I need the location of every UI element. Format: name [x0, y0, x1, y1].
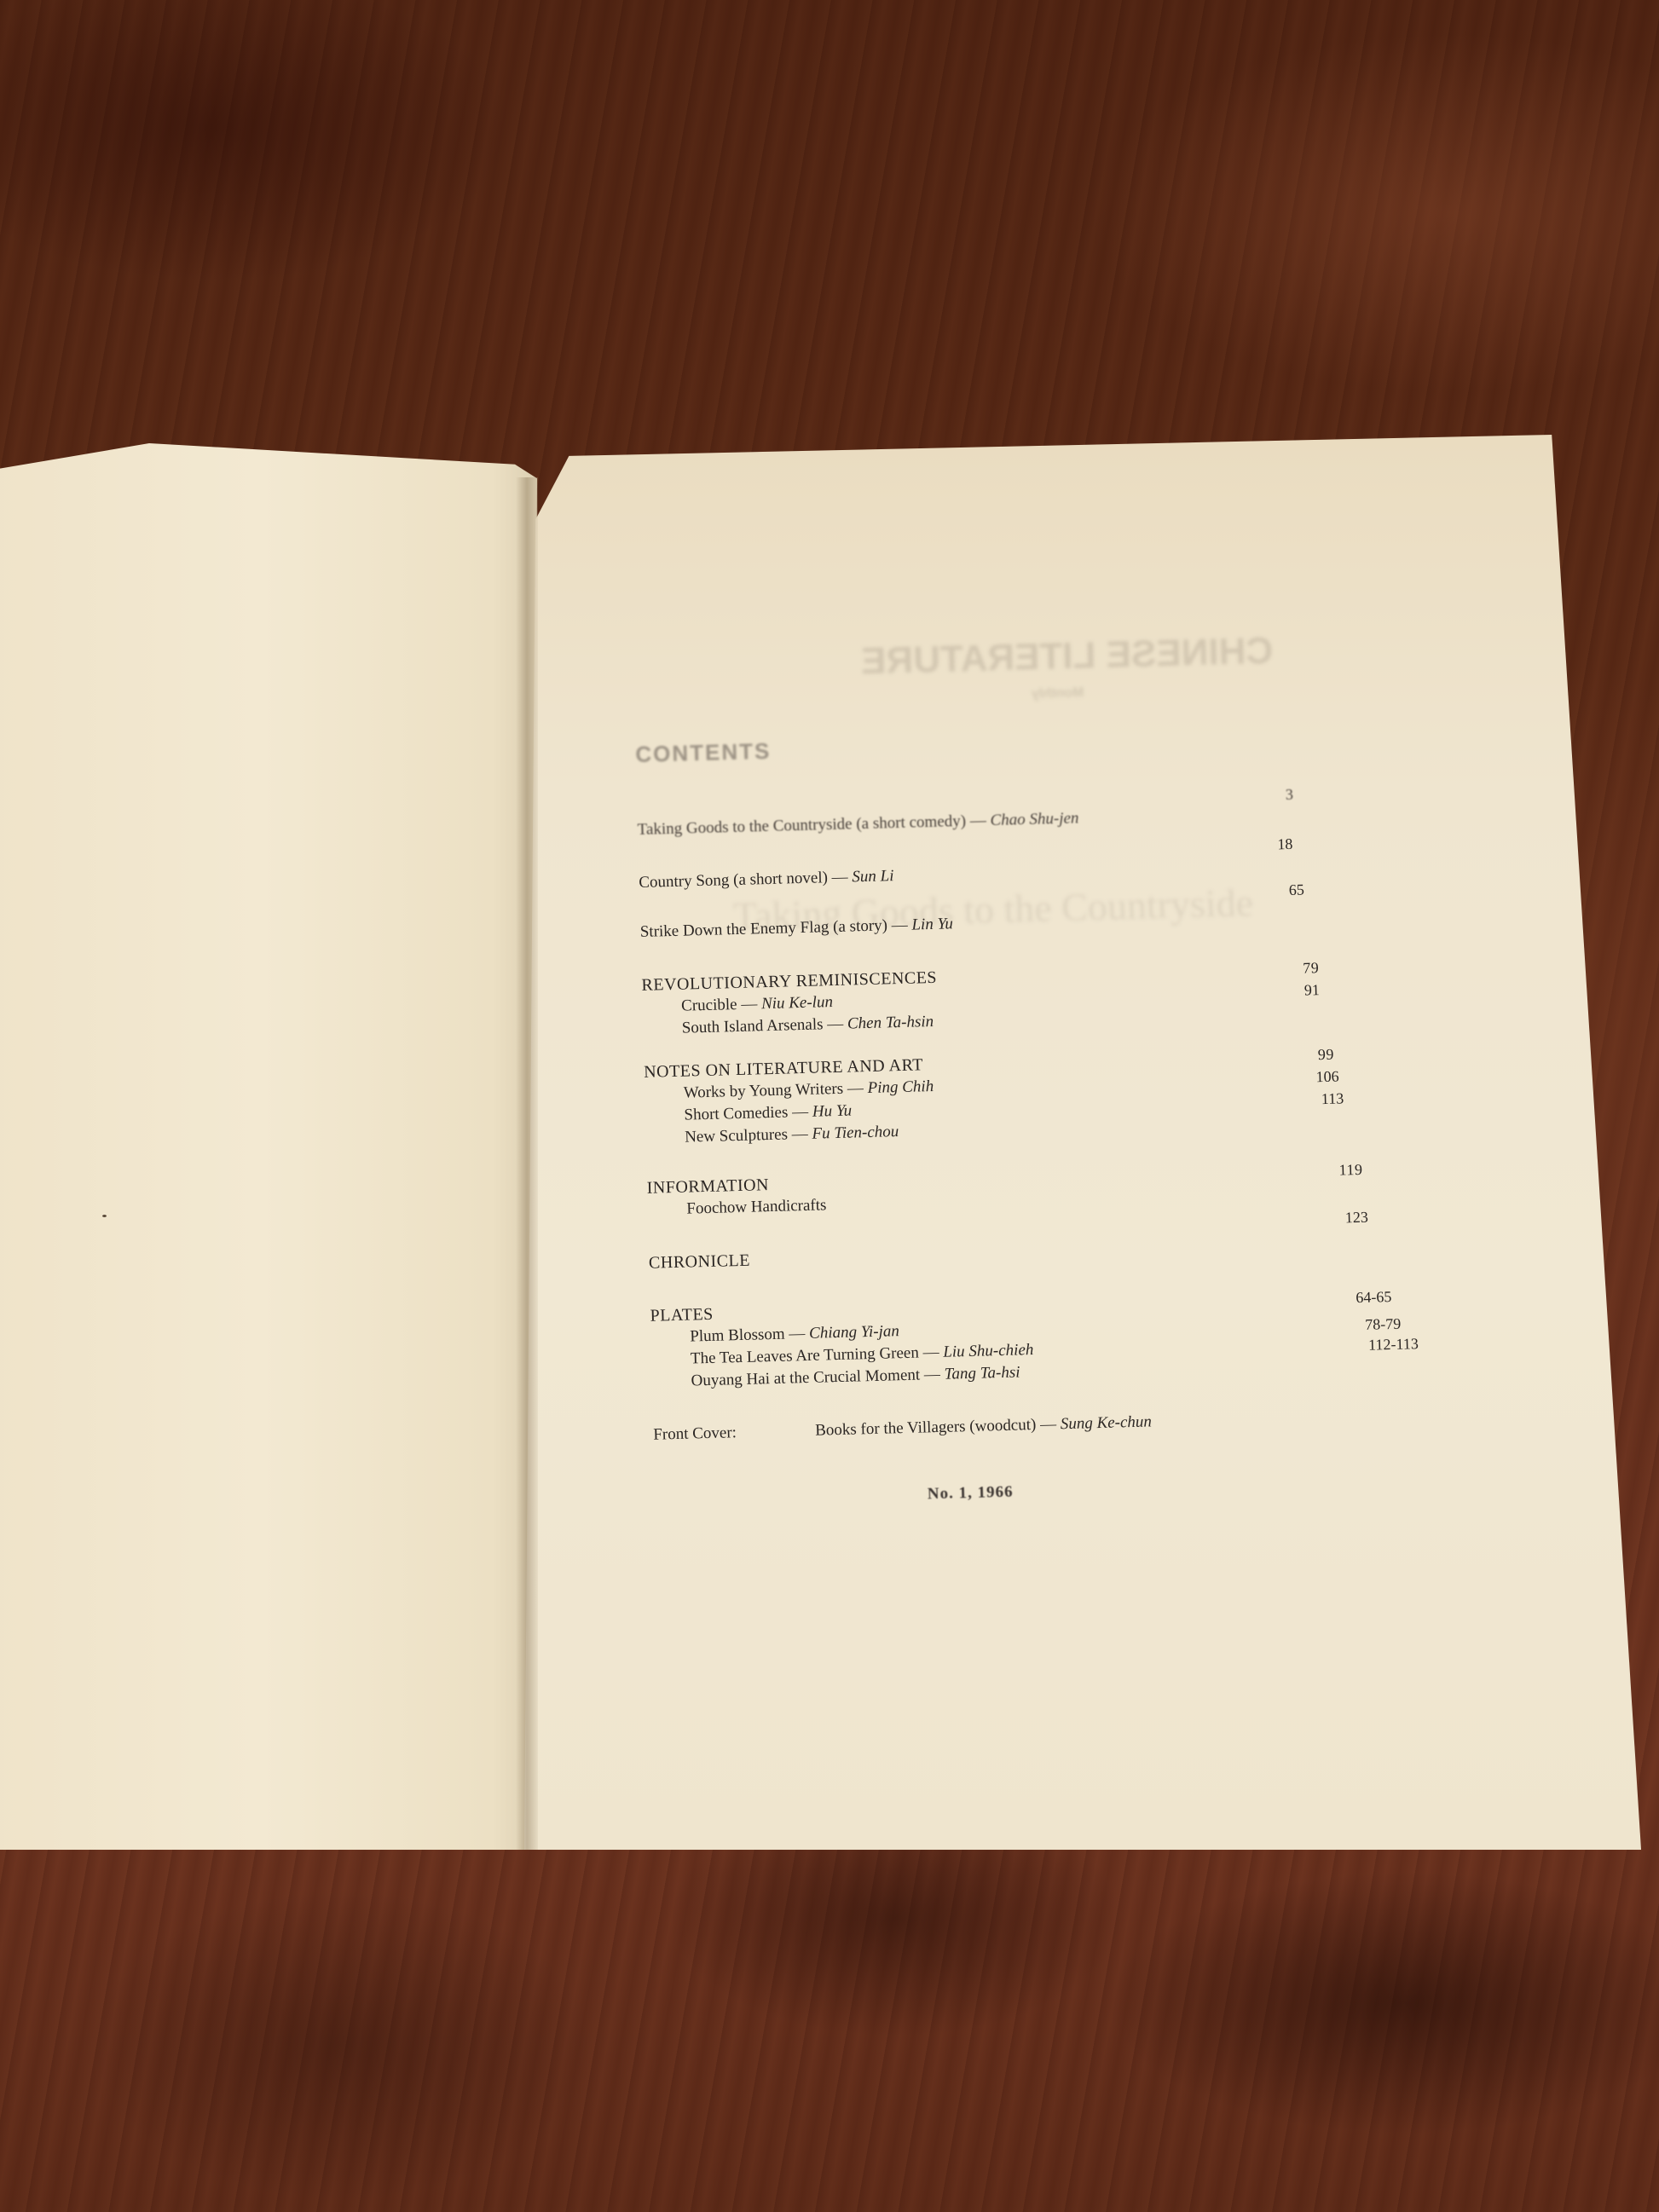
entry-author: Chen Ta-hsin [847, 1013, 934, 1033]
dash: — [1036, 1415, 1061, 1434]
page-number: 91 [1304, 979, 1321, 1001]
entry-title: The Tea Leaves Are Turning Green [691, 1344, 919, 1368]
front-cover-author: Sung Ke-chun [1061, 1412, 1153, 1433]
entry-title: Country Song (a short novel) [639, 869, 828, 892]
entry-author: Chao Shu-jen [990, 809, 1078, 829]
entry-author: Hu Yu [812, 1101, 853, 1120]
page-number: 65 [1288, 879, 1304, 901]
page-number: 123 [1345, 1206, 1369, 1229]
section-heading: PLATES [650, 1303, 714, 1327]
page-number: 99 [1318, 1043, 1335, 1066]
page-number: 113 [1321, 1087, 1344, 1110]
paper-speck [102, 1215, 107, 1217]
page-number: 112-113 [1368, 1332, 1419, 1356]
page-number: 79 [1303, 956, 1320, 979]
table-of-contents: CONTENTS Taking Goods to the Countryside… [635, 721, 1422, 1510]
entry-title: Foochow Handicrafts [686, 1194, 827, 1220]
page-gutter [516, 477, 538, 1850]
entry-author: Tang Ta-hsi [944, 1363, 1020, 1383]
section-heading: INFORMATION [646, 1174, 769, 1199]
entry-author: Fu Tien-chou [812, 1123, 899, 1143]
page-number: 18 [1277, 833, 1293, 855]
section-heading: CHRONICLE [649, 1250, 751, 1274]
dash: — [843, 1079, 868, 1098]
dash: — [966, 811, 991, 830]
dash: — [788, 1125, 812, 1144]
entry-author: Ping Chih [867, 1077, 934, 1097]
dash: — [823, 1015, 847, 1034]
entry-author: Lin Yu [911, 915, 953, 933]
page-number: 3 [1286, 783, 1294, 806]
entry-title: Works by Young Writers [684, 1080, 844, 1102]
entry-author: Chiang Yi-jan [809, 1322, 899, 1343]
entry-title: New Sculptures [685, 1125, 788, 1146]
entry-author: Sun Li [852, 867, 894, 886]
entry-title: Ouyang Hai at the Crucial Moment [691, 1366, 920, 1390]
dash: — [920, 1366, 945, 1384]
page-number: 106 [1315, 1066, 1339, 1089]
front-cover-label: Front Cover: [653, 1420, 816, 1447]
dash: — [737, 995, 761, 1014]
entry-author: Liu Shu-chieh [943, 1341, 1034, 1361]
entry-title: Short Comedies [684, 1103, 788, 1123]
entry-author: Niu Ke-lun [761, 993, 833, 1013]
entry-title: Strike Down the Enemy Flag (a story) [640, 916, 888, 941]
page-number: 119 [1338, 1158, 1363, 1181]
entry-title: South Island Arsenals [682, 1015, 824, 1037]
show-through-subtitle: Monthly [1032, 685, 1084, 702]
front-cover-credit: Front Cover: Books for the Villagers (wo… [653, 1404, 1420, 1447]
page-number: 64-65 [1356, 1285, 1392, 1308]
dash: — [788, 1103, 812, 1122]
dash: — [887, 916, 912, 935]
dash: — [784, 1325, 809, 1343]
dash: — [828, 868, 853, 887]
left-page-blank [0, 443, 537, 1850]
front-cover-title: Books for the Villagers (woodcut) [815, 1416, 1037, 1440]
entry-title: Crucible [681, 996, 737, 1015]
page-number: 78-79 [1365, 1313, 1402, 1336]
dash: — [919, 1343, 944, 1362]
entry-title: Plum Blossom [690, 1325, 785, 1346]
